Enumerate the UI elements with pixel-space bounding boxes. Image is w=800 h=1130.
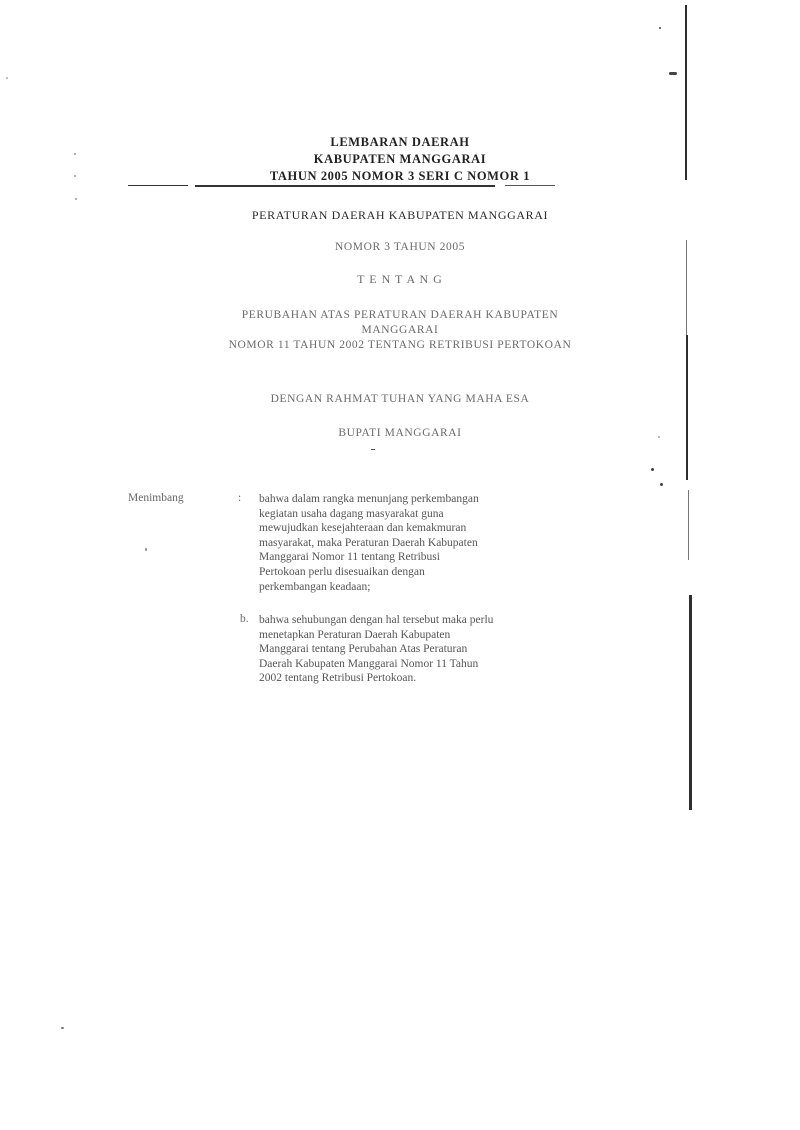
- tentang-heading: T E N T A N G: [0, 272, 800, 287]
- scan-edge-line: [685, 5, 687, 180]
- subject-line-3: NOMOR 11 TAHUN 2002 TENTANG RETRIBUSI PE…: [0, 338, 800, 353]
- authority: BUPATI MANGGARAI: [0, 426, 800, 441]
- item-line: Manggarai Nomor 11 tentang Retribusi: [259, 550, 557, 565]
- item-line: bahwa dalam rangka menunjang perkembanga…: [259, 492, 557, 507]
- regency-name: KABUPATEN MANGGARAI: [0, 152, 800, 167]
- scan-speck: [659, 27, 661, 29]
- scan-edge-line: [688, 490, 689, 560]
- header-underline: [195, 185, 495, 187]
- consideration-item-b: bahwa sehubungan dengan hal tersebut mak…: [259, 613, 557, 686]
- scan-edge-line: [686, 240, 687, 335]
- item-line: 2002 tentang Retribusi Pertokoan.: [259, 671, 557, 686]
- scan-speck: [658, 436, 660, 438]
- item-line: Manggarai tentang Perubahan Atas Peratur…: [259, 642, 557, 657]
- subject-line-1: PERUBAHAN ATAS PERATURAN DAERAH KABUPATE…: [0, 308, 800, 323]
- subject-line-2: MANGGARAI: [0, 323, 800, 338]
- gazette-title: LEMBARAN DAERAH: [0, 135, 800, 150]
- item-b-marker: b.: [240, 613, 249, 625]
- considerations-separator: :: [238, 492, 241, 504]
- item-line: perkembangan keadaan;: [259, 580, 557, 595]
- scan-speck: [6, 77, 8, 79]
- scan-speck: [660, 483, 663, 486]
- gazette-number: TAHUN 2005 NOMOR 3 SERI C NOMOR 1: [0, 169, 800, 184]
- considerations-label: Menimbang: [128, 492, 184, 504]
- item-line: kegiatan usaha dagang masyarakat guna: [259, 507, 557, 522]
- invocation: DENGAN RAHMAT TUHAN YANG MAHA ESA: [0, 392, 800, 407]
- scan-speck: [74, 153, 76, 155]
- consideration-item-a: bahwa dalam rangka menunjang perkembanga…: [259, 492, 557, 594]
- scan-speck: [145, 548, 147, 551]
- header-underline-right: [505, 185, 555, 186]
- scan-speck: [74, 175, 76, 177]
- scan-edge-line: [689, 595, 692, 810]
- item-line: menetapkan Peraturan Daerah Kabupaten: [259, 628, 557, 643]
- header-underline-left: [128, 185, 188, 186]
- mark: [371, 449, 375, 450]
- item-line: masyarakat, maka Peraturan Daerah Kabupa…: [259, 536, 557, 551]
- scan-edge-line: [686, 335, 688, 480]
- regulation-number: NOMOR 3 TAHUN 2005: [0, 240, 800, 255]
- scan-speck: [669, 72, 677, 75]
- regulation-title: PERATURAN DAERAH KABUPATEN MANGGARAI: [0, 208, 800, 223]
- scan-speck: [651, 468, 654, 471]
- scan-speck: [75, 198, 77, 200]
- item-line: mewujudkan kesejahteraan dan kemakmuran: [259, 521, 557, 536]
- item-line: Pertokoan perlu disesuaikan dengan: [259, 565, 557, 580]
- item-line: Daerah Kabupaten Manggarai Nomor 11 Tahu…: [259, 657, 557, 672]
- item-line: bahwa sehubungan dengan hal tersebut mak…: [259, 613, 557, 628]
- scan-speck: [61, 1027, 64, 1029]
